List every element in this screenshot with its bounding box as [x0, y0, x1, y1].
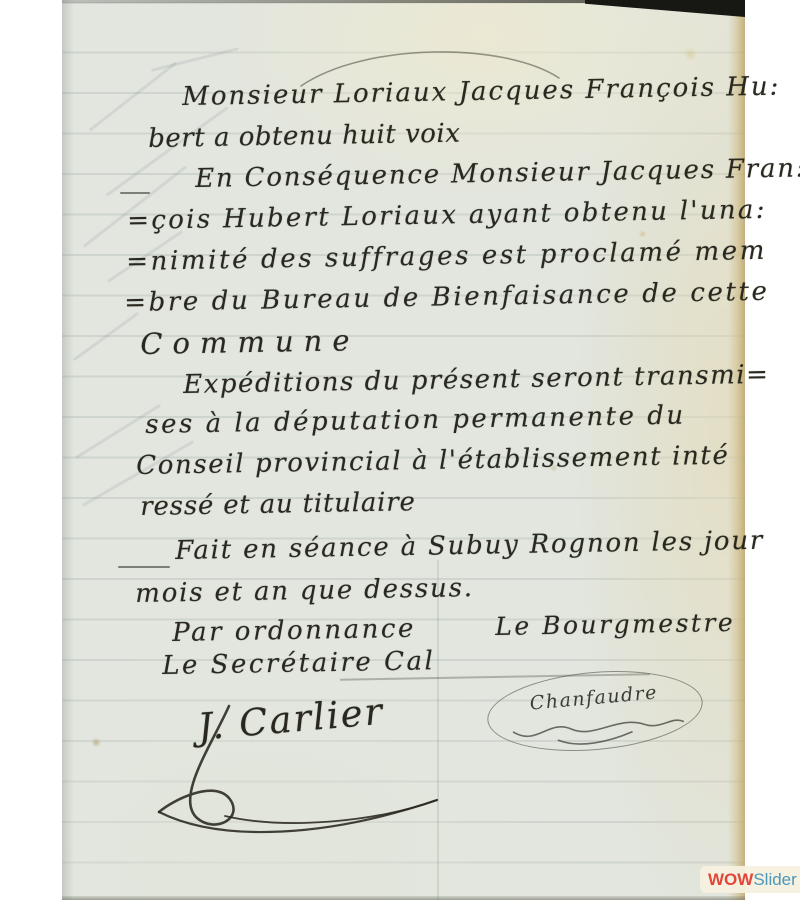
watermark-wow-text: WOW: [708, 869, 753, 890]
scan-bottom-edge: [62, 896, 745, 900]
wowslider-watermark[interactable]: WOWSlider: [700, 866, 800, 893]
manuscript-line: ressé et au titulaire: [140, 487, 416, 523]
mayor-title-label: Le Bourgmestre: [495, 608, 735, 642]
manuscript-line: mois et an que dessus.: [135, 573, 474, 610]
watermark-slider-text: Slider: [753, 869, 796, 890]
paragraph-dash: [118, 566, 170, 568]
scanned-document-photo: Monsieur Loriaux Jacques François Hu: be…: [0, 0, 800, 900]
manuscript-line: Commune: [140, 323, 360, 362]
signature-flourish: [145, 700, 445, 840]
manuscript-line: bert a obtenu huit voix: [148, 119, 461, 156]
page-edge-band: [728, 0, 745, 900]
by-order-label: Par ordonnance: [172, 614, 416, 649]
page-left-shadow: [62, 0, 74, 900]
paragraph-dash: [120, 192, 150, 194]
